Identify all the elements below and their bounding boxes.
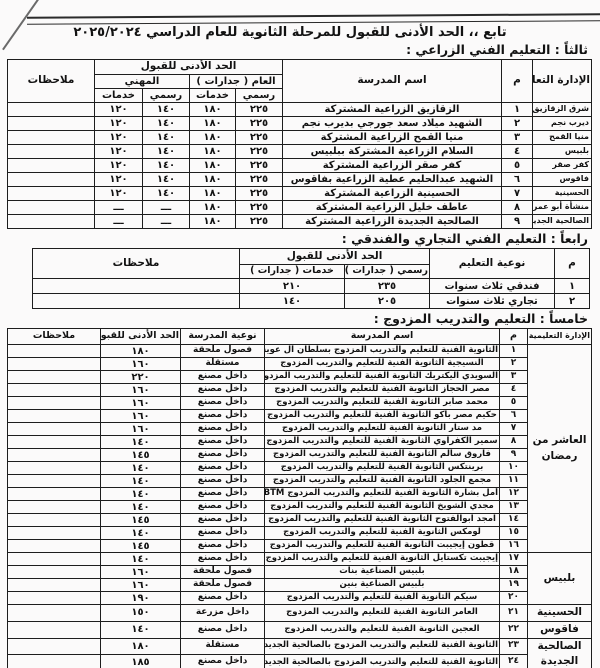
agri-vocational-services-cell: ـــ (95, 201, 143, 215)
agri-notes-cell (8, 173, 95, 187)
agri-general-official-cell: ٢٢٥ (236, 187, 283, 201)
agri-general-services-cell: ١٨٠ (190, 173, 236, 187)
dual-notes-cell (8, 436, 101, 449)
dual-school-cell: مجمع الجلود الثانوية الفنية للتعليم والت… (265, 475, 500, 488)
dual-header-min: الحد الأدنى للقبول (101, 329, 181, 345)
dual-school-cell: الثانوية الفنية للتعليم والتدريب المزدوج… (265, 345, 500, 358)
agri-num-cell: ٧ (502, 187, 533, 201)
dual-school-type-cell: داخل مصنع (181, 436, 265, 449)
commercial-services-cell: ١٤٠ (240, 294, 345, 309)
dual-table-row: ٣السويدي اليكتريك الثانوية الفنية للتعلي… (8, 371, 592, 384)
dual-education-table: الإدارة التعليمية م اسم المدرسة نوعية ال… (7, 328, 592, 668)
dual-school-type-cell: داخل مصنع (181, 654, 265, 668)
dual-table-row: ١٥لومكس الثانوية الفنية للتعليم والتدريب… (8, 527, 592, 540)
dual-table-row: ٧مد ستار الثانوية الفنية للتعليم والتدري… (8, 423, 592, 436)
dual-table-row: الصالحية الجديدة٢٣الثانوية الفنية للتعلي… (8, 638, 592, 654)
dual-notes-cell (8, 449, 101, 462)
dual-notes-cell (8, 566, 101, 579)
dual-school-cell: امجد ابوالفتوح الثانوية الفنية للتعليم و… (265, 514, 500, 527)
page-title: تابع ،، الحد الأدنى للقبول للمرحلة الثان… (10, 25, 570, 40)
agri-vocational-services-cell: ـــ (95, 215, 143, 229)
agri-table-row: منيا القمح٣منيا القمح الزراعية المشتركة٢… (8, 131, 592, 145)
dual-num-cell: ١٠ (500, 462, 528, 475)
dual-num-cell: ٢٣ (500, 638, 528, 654)
dual-notes-cell (8, 423, 101, 436)
dual-school-cell: بلبيس الصناعية بنات (265, 566, 500, 579)
dual-num-cell: ١٢ (500, 488, 528, 501)
dual-school-cell: لومكس الثانوية الفنية للتعليم والتدريب ا… (265, 527, 500, 540)
agri-admin-cell: فاقوس (533, 173, 592, 187)
dual-num-cell: ١٩ (500, 579, 528, 592)
agri-vocational-official-cell: ١٤٠ (143, 145, 190, 159)
dual-notes-cell (8, 371, 101, 384)
dual-min-cell: ١٦٠ (101, 397, 181, 410)
dual-num-cell: ١٦ (500, 540, 528, 553)
agri-table-row: الصالحية الجديدة٩الصالحية الجديدة الزراع… (8, 215, 592, 229)
dual-min-cell: ١٤٠ (101, 501, 181, 514)
dual-notes-cell (8, 553, 101, 566)
agri-notes-cell (8, 131, 95, 145)
dual-min-cell: ١٤٠ (101, 621, 181, 638)
agri-general-official-cell: ٢٢٥ (236, 159, 283, 173)
agri-school-cell: عاطف خليل الزراعية المشتركة (283, 201, 502, 215)
agri-notes-cell (8, 103, 95, 117)
agri-num-cell: ٨ (502, 201, 533, 215)
dual-min-cell: ١٦٠ (101, 566, 181, 579)
agri-general-official-cell: ٢٢٥ (236, 201, 283, 215)
dual-table-row: ٤مصر الحجاز الثانوية الفنية للتعليم والت… (8, 384, 592, 397)
agri-vocational-official-cell: ١٤٠ (143, 187, 190, 201)
agri-notes-cell (8, 159, 95, 173)
agri-admin-cell: الصالحية الجديدة (533, 215, 592, 229)
dual-notes-cell (8, 345, 101, 358)
dual-notes-cell (8, 654, 101, 668)
agri-general-official-cell: ٢٢٥ (236, 173, 283, 187)
agri-header-general-services: خدمات (190, 89, 236, 103)
agri-num-cell: ٩ (502, 215, 533, 229)
agri-vocational-official-cell: ١٤٠ (143, 173, 190, 187)
agri-admin-cell: بلبيس (533, 145, 592, 159)
agri-admin-cell: منشأة أبو عمر (533, 201, 592, 215)
agri-num-cell: ٢ (502, 117, 533, 131)
dual-table-row: ٢٤الثانوية الفنية للتعليم والتدريب المزد… (8, 654, 592, 668)
agri-table-row: بلبيس٤السلام الزراعية المشتركة ببلبيس٢٢٥… (8, 145, 592, 159)
dual-num-cell: ٦ (500, 410, 528, 423)
dual-notes-cell (8, 527, 101, 540)
agri-vocational-services-cell: ١٢٠ (95, 103, 143, 117)
agri-admin-cell: شرق الزقازيق (533, 103, 592, 117)
dual-notes-cell (8, 397, 101, 410)
agri-general-services-cell: ١٨٠ (190, 131, 236, 145)
agri-school-cell: الشهيد ميلاد سعد جورجي بديرب نجم (283, 117, 502, 131)
commercial-num-cell: ٢ (555, 294, 590, 309)
agricultural-education-table: الإدارة التعليمية م اسم المدرسة الحد الأ… (7, 59, 592, 229)
dual-school-type-cell: داخل مصنع (181, 501, 265, 514)
dual-notes-cell (8, 501, 101, 514)
dual-school-type-cell: داخل مصنع (181, 488, 265, 501)
dual-min-cell: ١٨٠ (101, 638, 181, 654)
agri-general-official-cell: ٢٢٥ (236, 145, 283, 159)
agri-vocational-official-cell: ١٤٠ (143, 131, 190, 145)
dual-notes-cell (8, 475, 101, 488)
dual-min-cell: ١٤٥ (101, 449, 181, 462)
dual-notes-cell (8, 540, 101, 553)
dual-notes-cell (8, 488, 101, 501)
dual-min-cell: ١٦٠ (101, 358, 181, 371)
dual-min-cell: ١٨٥ (101, 654, 181, 668)
agri-notes-cell (8, 145, 95, 159)
commercial-hotel-education-table: م نوعية التعليم الحد الأدنى للقبول ملاحظ… (32, 248, 590, 309)
dual-school-type-cell: داخل مصنع (181, 592, 265, 605)
dual-school-cell: العامر الثانوية الفنية للتعليم والتدريب … (265, 605, 500, 622)
dual-school-cell: سيكم الثانوية الفنية للتعليم والتدريب ال… (265, 592, 500, 605)
dual-table-row: ٢٠سيكم الثانوية الفنية للتعليم والتدريب … (8, 592, 592, 605)
dual-notes-cell (8, 384, 101, 397)
dual-table-header: الإدارة التعليمية م اسم المدرسة نوعية ال… (8, 329, 592, 345)
dual-num-cell: ٨ (500, 436, 528, 449)
dual-min-cell: ١٦٠ (101, 423, 181, 436)
commercial-header-num: م (555, 249, 590, 279)
dual-num-cell: ١٨ (500, 566, 528, 579)
dual-min-cell: ١٦٠ (101, 410, 181, 423)
scanned-document-page: { "page": { "title": "تابع ،، الحد الأدن… (0, 0, 600, 668)
commercial-services-cell: ٢١٠ (240, 279, 345, 294)
dual-school-type-cell: داخل مصنع (181, 410, 265, 423)
dual-school-type-cell: داخل مصنع (181, 621, 265, 638)
dual-admin-group-cell: بلبيس (528, 553, 592, 605)
dual-table-row: العاشر من رمضان١الثانوية الفنية للتعليم … (8, 345, 592, 358)
agri-general-services-cell: ١٨٠ (190, 117, 236, 131)
dual-table-row: ٢النسيجية الثانوية الفنية للتعليم والتدر… (8, 358, 592, 371)
dual-admin-group-cell: فاقوس (528, 621, 592, 638)
dual-num-cell: ٢٠ (500, 592, 528, 605)
commercial-header-notes: ملاحظات (33, 249, 240, 279)
dual-min-cell: ١٨٠ (101, 345, 181, 358)
dual-school-type-cell: فصول ملحقة (181, 579, 265, 592)
agri-header-num: م (502, 60, 533, 103)
agri-vocational-official-cell: ١٤٠ (143, 117, 190, 131)
dual-admin-group-cell: العاشر من رمضان (528, 345, 592, 553)
dual-header-school-type: نوعية المدرسة (181, 329, 265, 345)
commercial-table-row: ١فندقي ثلاث سنوات٢٣٥٢١٠ (33, 279, 590, 294)
agri-general-official-cell: ٢٢٥ (236, 103, 283, 117)
dual-school-type-cell: داخل مصنع (181, 475, 265, 488)
dual-min-cell: ١٤٠ (101, 527, 181, 540)
dual-school-cell: مصر الحجاز الثانوية الفنية للتعليم والتد… (265, 384, 500, 397)
dual-school-type-cell: فصول ملحقة (181, 566, 265, 579)
agri-admin-cell: كفر صقر (533, 159, 592, 173)
agri-num-cell: ٦ (502, 173, 533, 187)
agri-table-row: الحسينية٧الحسينية الزراعية المشتركة٢٢٥١٨… (8, 187, 592, 201)
dual-table-row: ١١مجمع الجلود الثانوية الفنية للتعليم وا… (8, 475, 592, 488)
dual-school-type-cell: داخل مصنع (181, 397, 265, 410)
agri-school-cell: كفر صقر الزراعية المشتركة (283, 159, 502, 173)
double-rule-artifact (27, 13, 600, 25)
dual-table-row: الحسينية٢١العامر الثانوية الفنية للتعليم… (8, 605, 592, 622)
commercial-notes-cell (33, 294, 240, 309)
dual-min-cell: ١٤٠ (101, 488, 181, 501)
agri-vocational-official-cell: ـــ (143, 215, 190, 229)
dual-notes-cell (8, 514, 101, 527)
dual-header-num: م (500, 329, 528, 345)
dual-admin-group-cell: الحسينية (528, 605, 592, 622)
dual-table-row: ٩فاروق سالم الثانوية الفنية للتعليم والت… (8, 449, 592, 462)
dual-school-cell: فاروق سالم الثانوية الفنية للتعليم والتد… (265, 449, 500, 462)
agri-header-vocational: المهني (95, 75, 190, 89)
dual-notes-cell (8, 605, 101, 622)
dual-table-row: ١٩بلبيس الصناعية بنينفصول ملحقة١٦٠ (8, 579, 592, 592)
dual-school-cell: السويدي اليكتريك الثانوية الفنية للتعليم… (265, 371, 500, 384)
agri-header-vocational-services: خدمات (95, 89, 143, 103)
dual-num-cell: ٥ (500, 397, 528, 410)
agri-vocational-services-cell: ١٢٠ (95, 131, 143, 145)
dual-min-cell: ١٤٠ (101, 462, 181, 475)
dual-num-cell: ٢٤ (500, 654, 528, 668)
agri-table-row: منشأة أبو عمر٨عاطف خليل الزراعية المشترك… (8, 201, 592, 215)
agri-vocational-services-cell: ١٢٠ (95, 117, 143, 131)
agri-table-row: شرق الزقازيق١الزقازيق الزراعية المشتركة٢… (8, 103, 592, 117)
agri-vocational-services-cell: ١٢٠ (95, 145, 143, 159)
agri-num-cell: ٣ (502, 131, 533, 145)
dual-num-cell: ٢ (500, 358, 528, 371)
dual-min-cell: ١٩٠ (101, 592, 181, 605)
agri-vocational-services-cell: ١٢٠ (95, 173, 143, 187)
dual-school-cell: محمد صابر الثانوية الفنية للتعليم والتدر… (265, 397, 500, 410)
agri-table-row: كفر صقر٥كفر صقر الزراعية المشتركة٢٢٥١٨٠١… (8, 159, 592, 173)
dual-min-cell: ٢٢٠ (101, 371, 181, 384)
dual-num-cell: ١٣ (500, 501, 528, 514)
dual-school-cell: مد ستار الثانوية الفنية للتعليم والتدريب… (265, 423, 500, 436)
dual-school-type-cell: داخل مصنع (181, 371, 265, 384)
dual-header-notes: ملاحظات (8, 329, 101, 345)
commercial-notes-cell (33, 279, 240, 294)
dual-school-cell: سمير الكفراوي الثانوية الفنية للتعليم وا… (265, 436, 500, 449)
agri-vocational-official-cell: ـــ (143, 201, 190, 215)
dual-school-type-cell: مستقلة (181, 638, 265, 654)
agri-school-cell: منيا القمح الزراعية المشتركة (283, 131, 502, 145)
agri-header-admin: الإدارة التعليمية (533, 60, 592, 103)
dual-table-row: ١٣مجدي الشويخ الثانوية الفنية للتعليم وا… (8, 501, 592, 514)
agri-admin-cell: منيا القمح (533, 131, 592, 145)
dual-min-cell: ١٥٠ (101, 605, 181, 622)
agri-general-services-cell: ١٨٠ (190, 215, 236, 229)
dual-notes-cell (8, 410, 101, 423)
dual-school-type-cell: داخل مصنع (181, 527, 265, 540)
dual-table-row: ١٤امجد ابوالفتوح الثانوية الفنية للتعليم… (8, 514, 592, 527)
agri-vocational-official-cell: ١٤٠ (143, 103, 190, 117)
commercial-official-cell: ٢٣٥ (345, 279, 430, 294)
dual-num-cell: ١٥ (500, 527, 528, 540)
dual-notes-cell (8, 592, 101, 605)
commercial-official-cell: ٢٠٥ (345, 294, 430, 309)
dual-school-type-cell: داخل مصنع (181, 514, 265, 527)
dual-school-cell: مجدي الشويخ الثانوية الفنية للتعليم والت… (265, 501, 500, 514)
agri-notes-cell (8, 201, 95, 215)
dual-min-cell: ١٤٥ (101, 514, 181, 527)
dual-school-type-cell: داخل مصنع (181, 449, 265, 462)
dual-table-row: ١٠برينتكس الثانوية الفنية للتعليم والتدر… (8, 462, 592, 475)
dual-num-cell: ٩ (500, 449, 528, 462)
agri-table-header: الإدارة التعليمية م اسم المدرسة الحد الأ… (8, 60, 592, 103)
dual-table-row: ١٢أمل بشارة الثانوية الفنية للتعليم والت… (8, 488, 592, 501)
agri-general-official-cell: ٢٢٥ (236, 131, 283, 145)
dual-table-row: ٥محمد صابر الثانوية الفنية للتعليم والتد… (8, 397, 592, 410)
dual-table-row: ٨سمير الكفراوي الثانوية الفنية للتعليم و… (8, 436, 592, 449)
agri-notes-cell (8, 187, 95, 201)
dual-min-cell: ١٤٠ (101, 553, 181, 566)
dual-school-type-cell: داخل مصنع (181, 540, 265, 553)
dual-table-row: ٦حكيم مصر باكو الثانوية الفنية للتعليم و… (8, 410, 592, 423)
agri-num-cell: ٤ (502, 145, 533, 159)
section-3-heading: ثالثاً : التعليم الفني الزراعي : (0, 42, 588, 57)
dual-num-cell: ١٧ (500, 553, 528, 566)
commercial-num-cell: ١ (555, 279, 590, 294)
agri-general-services-cell: ١٨٠ (190, 201, 236, 215)
agri-admin-cell: ديرب نجم (533, 117, 592, 131)
agri-school-cell: الشهيد عبدالحليم عطية الزراعية بفاقوس (283, 173, 502, 187)
agri-school-cell: الحسينية الزراعية المشتركة (283, 187, 502, 201)
agri-general-official-cell: ٢٢٥ (236, 215, 283, 229)
dual-school-cell: حكيم مصر باكو الثانوية الفنية للتعليم وا… (265, 410, 500, 423)
dual-header-admin: الإدارة التعليمية (528, 329, 592, 345)
dual-school-cell: بلبيس الصناعية بنين (265, 579, 500, 592)
dual-header-school: اسم المدرسة (265, 329, 500, 345)
dual-num-cell: ٢١ (500, 605, 528, 622)
dual-min-cell: ١٦٠ (101, 384, 181, 397)
dual-school-cell: العجين الثانوية الفنية للتعليم والتدريب … (265, 621, 500, 638)
dual-num-cell: ٧ (500, 423, 528, 436)
dual-school-cell: الثانوية الفنية للتعليم والتدريب المزدوج… (265, 654, 500, 668)
agri-general-services-cell: ١٨٠ (190, 145, 236, 159)
dual-school-type-cell: فصول ملحقة (181, 345, 265, 358)
dual-notes-cell (8, 462, 101, 475)
dual-table-row: بلبيس١٧إيجيبت تكستايل الثانوية الفنية لل… (8, 553, 592, 566)
agri-num-cell: ١ (502, 103, 533, 117)
agri-header-general-official: رسمي (236, 89, 283, 103)
dual-school-cell: الثانوية الفنية للتعليم والتدريب المزدوج… (265, 638, 500, 654)
dual-notes-cell (8, 638, 101, 654)
dual-school-type-cell: داخل مصنع (181, 462, 265, 475)
agri-vocational-services-cell: ١٢٠ (95, 187, 143, 201)
dual-num-cell: ٣ (500, 371, 528, 384)
commercial-type-cell: فندقي ثلاث سنوات (430, 279, 555, 294)
agri-num-cell: ٥ (502, 159, 533, 173)
agri-notes-cell (8, 117, 95, 131)
agri-general-services-cell: ١٨٠ (190, 103, 236, 117)
agri-table-row: فاقوس٦الشهيد عبدالحليم عطية الزراعية بفا… (8, 173, 592, 187)
commercial-header-min-group: الحد الأدنى للقبول (240, 249, 430, 265)
agri-table-row: ديرب نجم٢الشهيد ميلاد سعد جورجي بديرب نج… (8, 117, 592, 131)
agri-general-services-cell: ١٨٠ (190, 187, 236, 201)
dual-num-cell: ١١ (500, 475, 528, 488)
dual-notes-cell (8, 621, 101, 638)
dual-min-cell: ١٦٠ (101, 579, 181, 592)
agri-header-school: اسم المدرسة (283, 60, 502, 103)
dual-school-type-cell: مستقلة (181, 358, 265, 371)
agri-vocational-services-cell: ١٢٠ (95, 159, 143, 173)
section-5-heading: خامساً : التعليم والتدريب المزدوج : (0, 311, 588, 326)
agri-general-services-cell: ١٨٠ (190, 159, 236, 173)
dual-school-type-cell: داخل مصنع (181, 553, 265, 566)
dual-school-type-cell: داخل مصنع (181, 423, 265, 436)
dual-num-cell: ٤ (500, 384, 528, 397)
dual-school-cell: إيجيبت تكستايل الثانوية الفنية للتعليم و… (265, 553, 500, 566)
agri-vocational-official-cell: ١٤٠ (143, 159, 190, 173)
agri-admin-cell: الحسينية (533, 187, 592, 201)
commercial-type-cell: تجاري ثلاث سنوات (430, 294, 555, 309)
commercial-table-row: ٢تجاري ثلاث سنوات٢٠٥١٤٠ (33, 294, 590, 309)
agri-school-cell: الصالحية الجديدة الزراعية المشتركة (283, 215, 502, 229)
dual-table-row: فاقوس٢٢العجين الثانوية الفنية للتعليم وا… (8, 621, 592, 638)
dual-table-row: ١٨بلبيس الصناعية بناتفصول ملحقة١٦٠ (8, 566, 592, 579)
agri-general-official-cell: ٢٢٥ (236, 117, 283, 131)
dual-school-type-cell: داخل مصنع (181, 384, 265, 397)
commercial-header-official: رسمي ( جدارات ) (345, 265, 430, 279)
dual-school-type-cell: داخل مزرعة (181, 605, 265, 622)
dual-num-cell: ١٤ (500, 514, 528, 527)
dual-num-cell: ١ (500, 345, 528, 358)
agri-header-min-group: الحد الأدنى للقبول (95, 60, 283, 75)
dual-notes-cell (8, 579, 101, 592)
commercial-header-services: خدمات ( جدارات ) (240, 265, 345, 279)
dual-min-cell: ١٤٠ (101, 475, 181, 488)
agri-header-general: العام ( جدارات ) (190, 75, 283, 89)
agri-school-cell: الزقازيق الزراعية المشتركة (283, 103, 502, 117)
dual-min-cell: ١٤٠ (101, 436, 181, 449)
dual-min-cell: ١٤٥ (101, 540, 181, 553)
dual-notes-cell (8, 358, 101, 371)
dual-admin-group-cell: الصالحية الجديدة (528, 638, 592, 668)
dual-school-cell: برينتكس الثانوية الفنية للتعليم والتدريب… (265, 462, 500, 475)
dual-table-row: ١٦قطون إيجيبت الثانوية الفنية للتعليم وا… (8, 540, 592, 553)
section-4-heading: رابعاً : التعليم الفني التجاري والفندقي … (0, 231, 588, 246)
dual-school-cell: النسيجية الثانوية الفنية للتعليم والتدري… (265, 358, 500, 371)
dual-school-cell: قطون إيجيبت الثانوية الفنية للتعليم والت… (265, 540, 500, 553)
dual-school-cell: أمل بشارة الثانوية الفنية للتعليم والتدر… (265, 488, 500, 501)
dual-num-cell: ٢٢ (500, 621, 528, 638)
agri-notes-cell (8, 215, 95, 229)
agri-header-notes: ملاحظات (8, 60, 95, 103)
agri-header-vocational-official: رسمي (143, 89, 190, 103)
commercial-header-type: نوعية التعليم (430, 249, 555, 279)
agri-school-cell: السلام الزراعية المشتركة ببلبيس (283, 145, 502, 159)
commercial-table-header: م نوعية التعليم الحد الأدنى للقبول ملاحظ… (33, 249, 590, 279)
